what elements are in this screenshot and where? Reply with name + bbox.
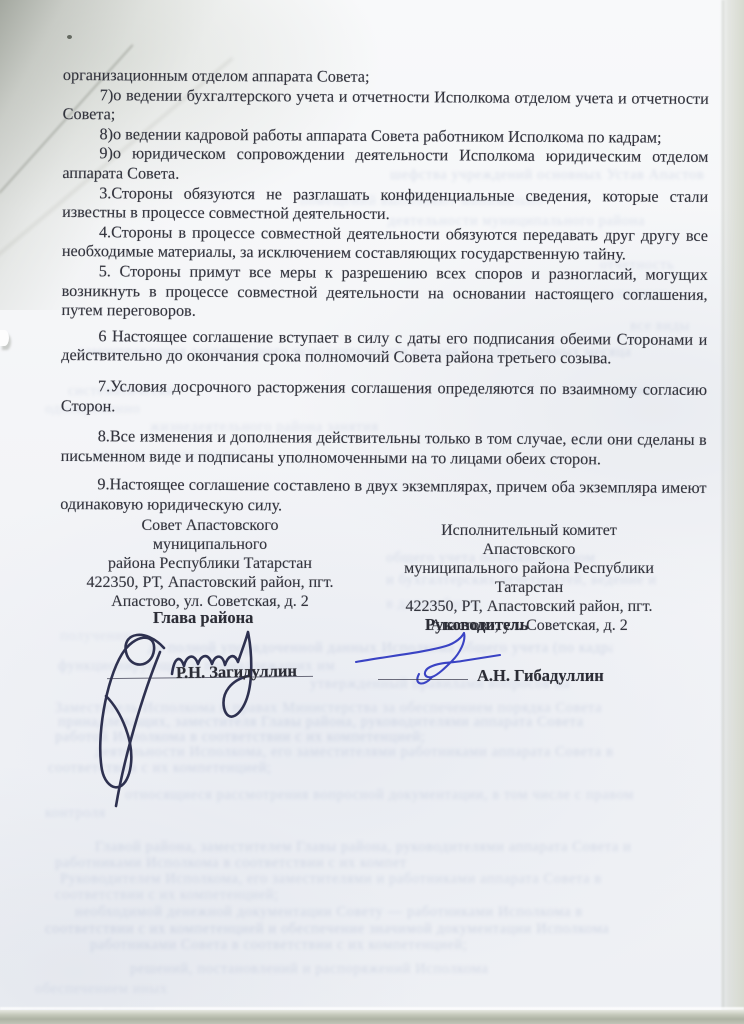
right-party-org-line: 422350, РТ, Апастовский район, пгт. [393,597,665,616]
bleedthrough-text-line: деятельности Исполкома, его заместителям… [95,744,695,761]
bleedthrough-text-line: соответствии с их компетенцией и обеспеч… [45,921,690,938]
list-item-7: 7)о ведении бухгалтерского учета и отчет… [63,86,709,129]
bleedthrough-text-line: принадлежащих, заместителя Главы района,… [58,714,703,731]
clause-4: 4.Стороны в процессе совместной деятельн… [62,223,708,266]
bleedthrough-text-line: получении [60,628,150,645]
right-party-org-line: Исполнительный комитет Апастовского [393,521,665,559]
right-party-org-line: муниципального района Республики [393,559,665,578]
bleedthrough-text-line: работой Исполкома в соответствии с их ко… [55,729,455,746]
clause-7: 7.Условия досрочного расторжения соглаше… [61,377,707,420]
signature-left-ink [76,618,286,818]
right-signatory-name: А.Н. Гибадуллин [477,666,604,686]
clause-9: 9.Настоящее соглашение составлено в двух… [60,475,706,518]
bleedthrough-text-line: относящиеся рассмотрения вопросной докум… [125,787,713,804]
bleedthrough-text-line: решений, постановлений и распоряжений Ис… [130,961,610,978]
bleedthrough-text-line: необходимой денежной документации Совету… [75,904,693,921]
bleedthrough-text-line: Руководителем Исполкома, его заместителя… [60,871,680,888]
left-party-org-line: Совет Апастовского муниципального [84,516,336,554]
clause-6: 6 Настоящее соглашение вступает в силу с… [61,327,707,370]
bleedthrough-text-line: обеспечением иных [35,981,260,998]
list-item-9: 9)о юридическом сопровождении деятельнос… [62,144,708,187]
scanned-document-page: шефства учреждений основных Устав Апасто… [0,0,744,1024]
scanner-bottom-edge [0,1010,744,1024]
right-signature-line [378,679,468,680]
bleedthrough-text-line: работниками Совета в соответствии с их к… [90,937,515,954]
left-party-org-line: района Республики Татарстан [84,554,336,573]
document-body: организационным отделом аппарата Совета;… [60,66,709,518]
bleedthrough-text-line: Заместитель Исполкома и правах Министерс… [55,700,705,717]
bleedthrough-text-line: Главой района, заместителем Главы района… [95,839,695,856]
left-party-block: Совет Апастовского муниципального района… [84,516,336,611]
right-party-title: Руководитель [425,615,528,635]
clause-3: 3.Стороны обязуются не разглашать конфид… [62,184,708,227]
clause-5: 5. Стороны примут все меры к разрешению … [61,262,707,325]
paper-edge-nick [0,330,9,346]
left-party-org-line: 422350, РТ, Апастовский район, пгт. [84,573,336,592]
bleedthrough-text-line: соответствии с их компетенцией; [48,760,310,777]
scan-speck [67,35,72,39]
bleedthrough-text-line: работниками Исполкома в соответствии с и… [55,855,407,872]
right-party-org-line: Татарстан [393,578,665,597]
clause-8: 8.Все изменения и дополнения действитель… [61,427,707,470]
bleedthrough-text-line: соответствии с их компетенцией; [55,887,287,904]
bleedthrough-text-line: до полной упорядоченной данных Исполкома… [148,640,613,657]
page-right-edge-shadow [722,0,724,1010]
left-party-title: Глава района [153,608,253,628]
bleedthrough-text-line: контроля [45,805,137,822]
left-signatory-name: Р.Н. Загидуллин [176,661,297,683]
